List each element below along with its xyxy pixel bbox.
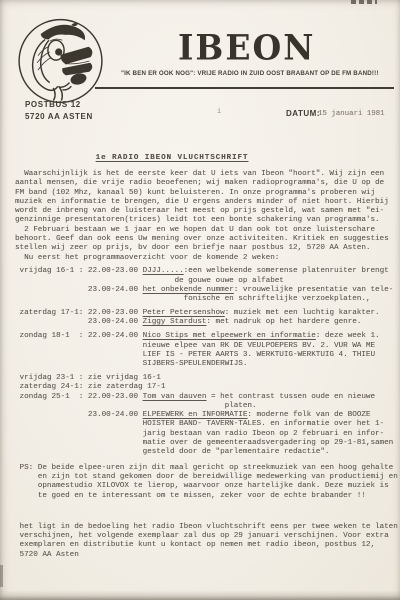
underlined-text: Ziggy Stardust bbox=[143, 318, 207, 326]
typewritten-line: SIJBERS-SPEULENDERWIJS. bbox=[15, 360, 399, 369]
typewritten-line: platen. bbox=[15, 402, 399, 411]
text-segment: zaterdag 24-1: zie zaterdag 17-1 bbox=[15, 383, 165, 391]
typewritten-line: zondag 25-1 : 22.00-23.00 Tom van dauven… bbox=[15, 393, 399, 402]
underlined-text: het onbekende nummer bbox=[143, 286, 234, 294]
typewritten-line: PS: De beide elpee-uren zijn dit maal ge… bbox=[15, 464, 399, 473]
ibeon-duck-mascot-logo bbox=[13, 16, 108, 106]
text-segment: : muziek met een luchtig karakter. bbox=[225, 309, 380, 317]
text-segment: :een welbekende somerense platenruiter b… bbox=[184, 267, 389, 275]
typewritten-line: 5720 AA Asten bbox=[15, 551, 399, 560]
text-segment: vrijdag 16-1 : 22.00-23.00 bbox=[15, 267, 143, 275]
scan-edge-artifact bbox=[0, 565, 3, 587]
stray-ink-mark: i bbox=[217, 108, 221, 116]
text-segment: : vrouwelijke presentatie van tele- bbox=[234, 286, 394, 294]
datum-value: 15 januari 1981 bbox=[318, 110, 385, 118]
typewritten-line: zaterdag 24-1: zie zaterdag 17-1 bbox=[15, 383, 399, 392]
typewritten-line: nieuwe elpee van RK DE VEULPOEPERS BV. 2… bbox=[15, 342, 399, 351]
text-segment: opnamestudio XILOVOX te lierop, waarvoor… bbox=[15, 482, 389, 490]
text-segment: zaterdag 17-1: 22.00-23.00 bbox=[15, 309, 143, 317]
typewritten-line: vrijdag 16-1 : 22.00-23.00 DJJJ.....:een… bbox=[15, 267, 399, 276]
text-segment: Waarschijnlijk is het de eerste keer dat… bbox=[15, 170, 384, 178]
text-segment: genzinnige presentatoren(trices) leidt t… bbox=[15, 216, 380, 224]
typewritten-line: exemplaren en distributie kunt u kontact… bbox=[15, 541, 399, 550]
typewritten-line: wordt de inbreng van de luisteraar het m… bbox=[15, 207, 399, 216]
text-segment: : met nadruk op het hardere genre. bbox=[206, 318, 361, 326]
text-segment: zondag 25-1 : 22.00-23.00 bbox=[15, 393, 143, 401]
masthead-rule bbox=[95, 87, 394, 89]
underlined-text: Nico Stips met elpeewerk en informatie bbox=[143, 332, 316, 340]
typewritten-line: 23.00-24.00 ELPEEWERK en INFORMATIE: mod… bbox=[15, 411, 399, 420]
typewritten-line: en zijn tot stand gekomen door de bereid… bbox=[15, 473, 399, 482]
scanned-newsletter-page: IBEON "IK BEN ER OOK NOG": VRIJE RADIO I… bbox=[0, 0, 400, 600]
typewritten-line: het ligt in de bedoeling het radio Ibeon… bbox=[15, 523, 399, 532]
typewritten-line: muziek en informatie te brengen, die U e… bbox=[15, 198, 399, 207]
text-segment: zondag 18-1 : 22.00-24.00 bbox=[15, 332, 143, 340]
document-heading: 1e RADIO IBEON VLUCHTSCHRIFT bbox=[15, 154, 329, 162]
typewritten-line: Waarschijnlijk is het de eerste keer dat… bbox=[15, 170, 399, 179]
typewritten-line: te goed en te interessant om te missen, … bbox=[15, 492, 399, 501]
typewritten-line: stellen wij zeer op prijs, bv door een b… bbox=[15, 244, 399, 253]
text-segment: = het contrast tussen oude en nieuwe bbox=[206, 393, 375, 401]
typewritten-line: aantal mensen, die vrije radio beoefenen… bbox=[15, 179, 399, 188]
text-segment: PS: De beide elpee-uren zijn dit maal ge… bbox=[15, 464, 393, 472]
text-segment: LIEF IS - PETER AARTS 3. WERKTUIG-WERKTU… bbox=[15, 351, 375, 359]
typewritten-line: 23.00-24.00 het onbekende nummer: vrouwe… bbox=[15, 286, 399, 295]
text-segment: 2 Februari bestaan we 1 jaar en we hopen… bbox=[15, 226, 375, 234]
underlined-text: Peter Petersenshow bbox=[143, 309, 225, 317]
text-segment: muziek en informatie te brengen, die U e… bbox=[15, 198, 389, 206]
typewritten-line: zaterdag 17-1: 22.00-23.00 Peter Peterse… bbox=[15, 309, 399, 318]
clipped-scan-text-artifact bbox=[351, 0, 377, 4]
typewritten-line: genzinnige presentatoren(trices) leidt t… bbox=[15, 216, 399, 225]
text-segment: behoort. Geef dan ook eens Uw mening ove… bbox=[15, 235, 389, 243]
typewritten-line: matie over de gemeenteraadsvergadering o… bbox=[15, 439, 399, 448]
typewritten-line: HOISTER BAND- TAVERN-TALES. en informati… bbox=[15, 420, 399, 429]
text-segment: : moderne folk van de BOOZE bbox=[247, 411, 370, 419]
document-body: 1e RADIO IBEON VLUCHTSCHRIFT Waarschijnl… bbox=[15, 154, 399, 560]
typewritten-line: vrijdag 23-1 : zie vrijdag 16-1 bbox=[15, 374, 399, 383]
typewritten-line: zondag 18-1 : 22.00-24.00 Nico Stips met… bbox=[15, 332, 399, 341]
typewritten-body: Waarschijnlijk is het de eerste keer dat… bbox=[15, 170, 399, 560]
text-segment: gesteld door de "parlementaire redactie"… bbox=[15, 448, 329, 456]
text-segment: nieuwe elpee van RK DE VEULPOEPERS BV. 2… bbox=[15, 342, 375, 350]
text-segment: vrijdag 23-1 : zie vrijdag 16-1 bbox=[15, 374, 161, 382]
text-segment: exemplaren en distributie kunt u kontact… bbox=[15, 541, 375, 549]
text-segment: Nu eerst het programmaoverzicht voor de … bbox=[15, 254, 279, 262]
typewritten-line: de gouwe ouwe op alfabet bbox=[15, 277, 399, 286]
typewritten-line: 23.00-24.00 Ziggy Stardust: met nadruk o… bbox=[15, 318, 399, 327]
text-segment: jarig bestaan van radio Ibeon op 2 febru… bbox=[15, 430, 384, 438]
text-segment: het ligt in de bedoeling het radio Ibeon… bbox=[15, 523, 398, 531]
typewritten-line: Nu eerst het programmaoverzicht voor de … bbox=[15, 254, 399, 263]
address-block: POSTBUS 12 5720 AA ASTEN bbox=[25, 99, 93, 123]
text-segment: wordt de inbreng van de luisteraar het m… bbox=[15, 207, 384, 215]
text-segment: 23.00-24.00 bbox=[15, 286, 143, 294]
text-segment: stellen wij zeer op prijs, bv door een b… bbox=[15, 244, 370, 252]
typewritten-line: 2 Februari bestaan we 1 jaar en we hopen… bbox=[15, 226, 399, 235]
text-segment: fonische en schriftelijke verzoekplaten.… bbox=[15, 295, 370, 303]
typewritten-line: verschijnen, het volgende exemplaar zal … bbox=[15, 532, 399, 541]
masthead-tagline: "IK BEN ER OOK NOG": VRIJE RADIO IN ZUID… bbox=[121, 70, 397, 77]
text-segment: de gouwe ouwe op alfabet bbox=[15, 277, 284, 285]
text-segment: verschijnen, het volgende exemplaar zal … bbox=[15, 532, 389, 540]
text-segment: FM band (102 Mhz, kanaal 50) kunt beluis… bbox=[15, 189, 375, 197]
underlined-text: Tom van dauven bbox=[143, 393, 207, 401]
typewritten-line: FM band (102 Mhz, kanaal 50) kunt beluis… bbox=[15, 189, 399, 198]
text-segment: 5720 AA Asten bbox=[15, 551, 79, 559]
text-segment: aantal mensen, die vrije radio beoefenen… bbox=[15, 179, 384, 187]
typewritten-line: gesteld door de "parlementaire redactie"… bbox=[15, 448, 399, 457]
typewritten-line: fonische en schriftelijke verzoekplaten.… bbox=[15, 295, 399, 304]
masthead-title: IBEON bbox=[178, 27, 348, 68]
text-segment: SIJBERS-SPEULENDERWIJS. bbox=[15, 360, 247, 368]
underlined-text: ELPEEWERK en INFORMATIE bbox=[143, 411, 248, 419]
text-segment: matie over de gemeenteraadsvergadering o… bbox=[15, 439, 393, 447]
line-gap bbox=[15, 501, 399, 523]
typewritten-line: opnamestudio XILOVOX te lierop, waarvoor… bbox=[15, 482, 399, 491]
text-segment: platen. bbox=[15, 402, 257, 410]
text-segment: te goed en te interessant om te missen, … bbox=[15, 492, 366, 500]
text-segment: : deze week 1. bbox=[316, 332, 380, 340]
typewritten-line: LIEF IS - PETER AARTS 3. WERKTUIG-WERKTU… bbox=[15, 351, 399, 360]
address-line-postbus: POSTBUS 12 bbox=[25, 99, 93, 111]
text-segment: 23.00-24.00 bbox=[15, 318, 143, 326]
datum-label: DATUM: bbox=[286, 109, 320, 118]
address-line-city: 5720 AA ASTEN bbox=[25, 111, 93, 123]
underlined-text: DJJJ..... bbox=[143, 267, 184, 275]
text-segment: 23.00-24.00 bbox=[15, 411, 143, 419]
text-segment: HOISTER BAND- TAVERN-TALES. en informati… bbox=[15, 420, 384, 428]
text-segment: en zijn tot stand gekomen door de bereid… bbox=[15, 473, 398, 481]
typewritten-line: behoort. Geef dan ook eens Uw mening ove… bbox=[15, 235, 399, 244]
typewritten-line: jarig bestaan van radio Ibeon op 2 febru… bbox=[15, 430, 399, 439]
